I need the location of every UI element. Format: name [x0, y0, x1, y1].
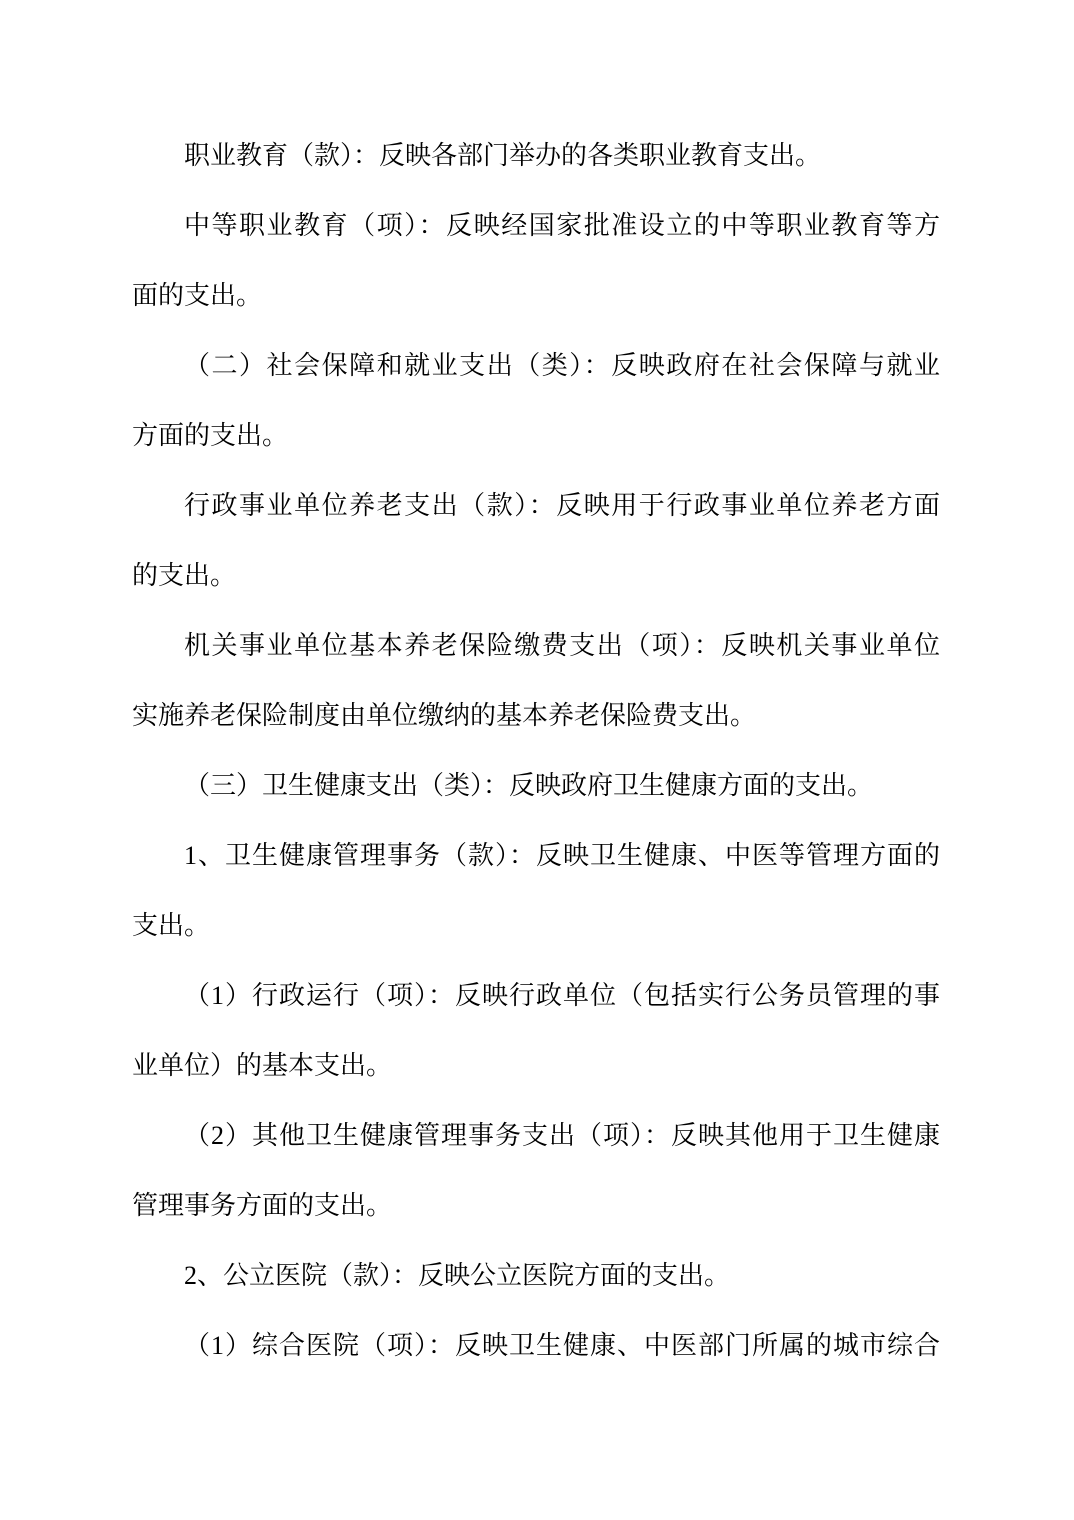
text-line: 的支出。 [132, 541, 940, 611]
text-line: 职业教育（款）：反映各部门举办的各类职业教育支出。 [132, 121, 940, 191]
paragraph: （三）卫生健康支出（类）：反映政府卫生健康方面的支出。 [132, 751, 940, 821]
text-line: 行政事业单位养老支出（款）：反映用于行政事业单位养老方面 [132, 471, 940, 541]
text-line: （二）社会保障和就业支出（类）：反映政府在社会保障与就业 [132, 331, 940, 401]
text-line: （2）其他卫生健康管理事务支出（项）：反映其他用于卫生健康 [132, 1101, 940, 1171]
text-line: 2、公立医院（款）：反映公立医院方面的支出。 [132, 1241, 940, 1311]
document-page: 职业教育（款）：反映各部门举办的各类职业教育支出。中等职业教育（项）：反映经国家… [0, 0, 1074, 1520]
text-line: 支出。 [132, 891, 940, 961]
paragraph: 2、公立医院（款）：反映公立医院方面的支出。 [132, 1241, 940, 1311]
paragraph: 职业教育（款）：反映各部门举办的各类职业教育支出。 [132, 121, 940, 191]
text-line: 业单位）的基本支出。 [132, 1031, 940, 1101]
text-line: 机关事业单位基本养老保险缴费支出（项）：反映机关事业单位 [132, 611, 940, 681]
paragraph: 中等职业教育（项）：反映经国家批准设立的中等职业教育等方面的支出。 [132, 191, 940, 331]
paragraph: （1）综合医院（项）：反映卫生健康、中医部门所属的城市综合 [132, 1311, 940, 1381]
text-line: 1、卫生健康管理事务（款）：反映卫生健康、中医等管理方面的 [132, 821, 940, 891]
text-line: 管理事务方面的支出。 [132, 1171, 940, 1241]
document-text: 职业教育（款）：反映各部门举办的各类职业教育支出。中等职业教育（项）：反映经国家… [132, 121, 940, 1381]
text-line: （1）行政运行（项）：反映行政单位（包括实行公务员管理的事 [132, 961, 940, 1031]
text-line: （三）卫生健康支出（类）：反映政府卫生健康方面的支出。 [132, 751, 940, 821]
paragraph: 行政事业单位养老支出（款）：反映用于行政事业单位养老方面的支出。 [132, 471, 940, 611]
paragraph: （1）行政运行（项）：反映行政单位（包括实行公务员管理的事业单位）的基本支出。 [132, 961, 940, 1101]
paragraph: （2）其他卫生健康管理事务支出（项）：反映其他用于卫生健康管理事务方面的支出。 [132, 1101, 940, 1241]
text-line: 面的支出。 [132, 261, 940, 331]
paragraph: 1、卫生健康管理事务（款）：反映卫生健康、中医等管理方面的支出。 [132, 821, 940, 961]
text-line: 中等职业教育（项）：反映经国家批准设立的中等职业教育等方 [132, 191, 940, 261]
text-line: （1）综合医院（项）：反映卫生健康、中医部门所属的城市综合 [132, 1311, 940, 1381]
paragraph: （二）社会保障和就业支出（类）：反映政府在社会保障与就业方面的支出。 [132, 331, 940, 471]
text-line: 实施养老保险制度由单位缴纳的基本养老保险费支出。 [132, 681, 940, 751]
text-line: 方面的支出。 [132, 401, 940, 471]
paragraph: 机关事业单位基本养老保险缴费支出（项）：反映机关事业单位实施养老保险制度由单位缴… [132, 611, 940, 751]
